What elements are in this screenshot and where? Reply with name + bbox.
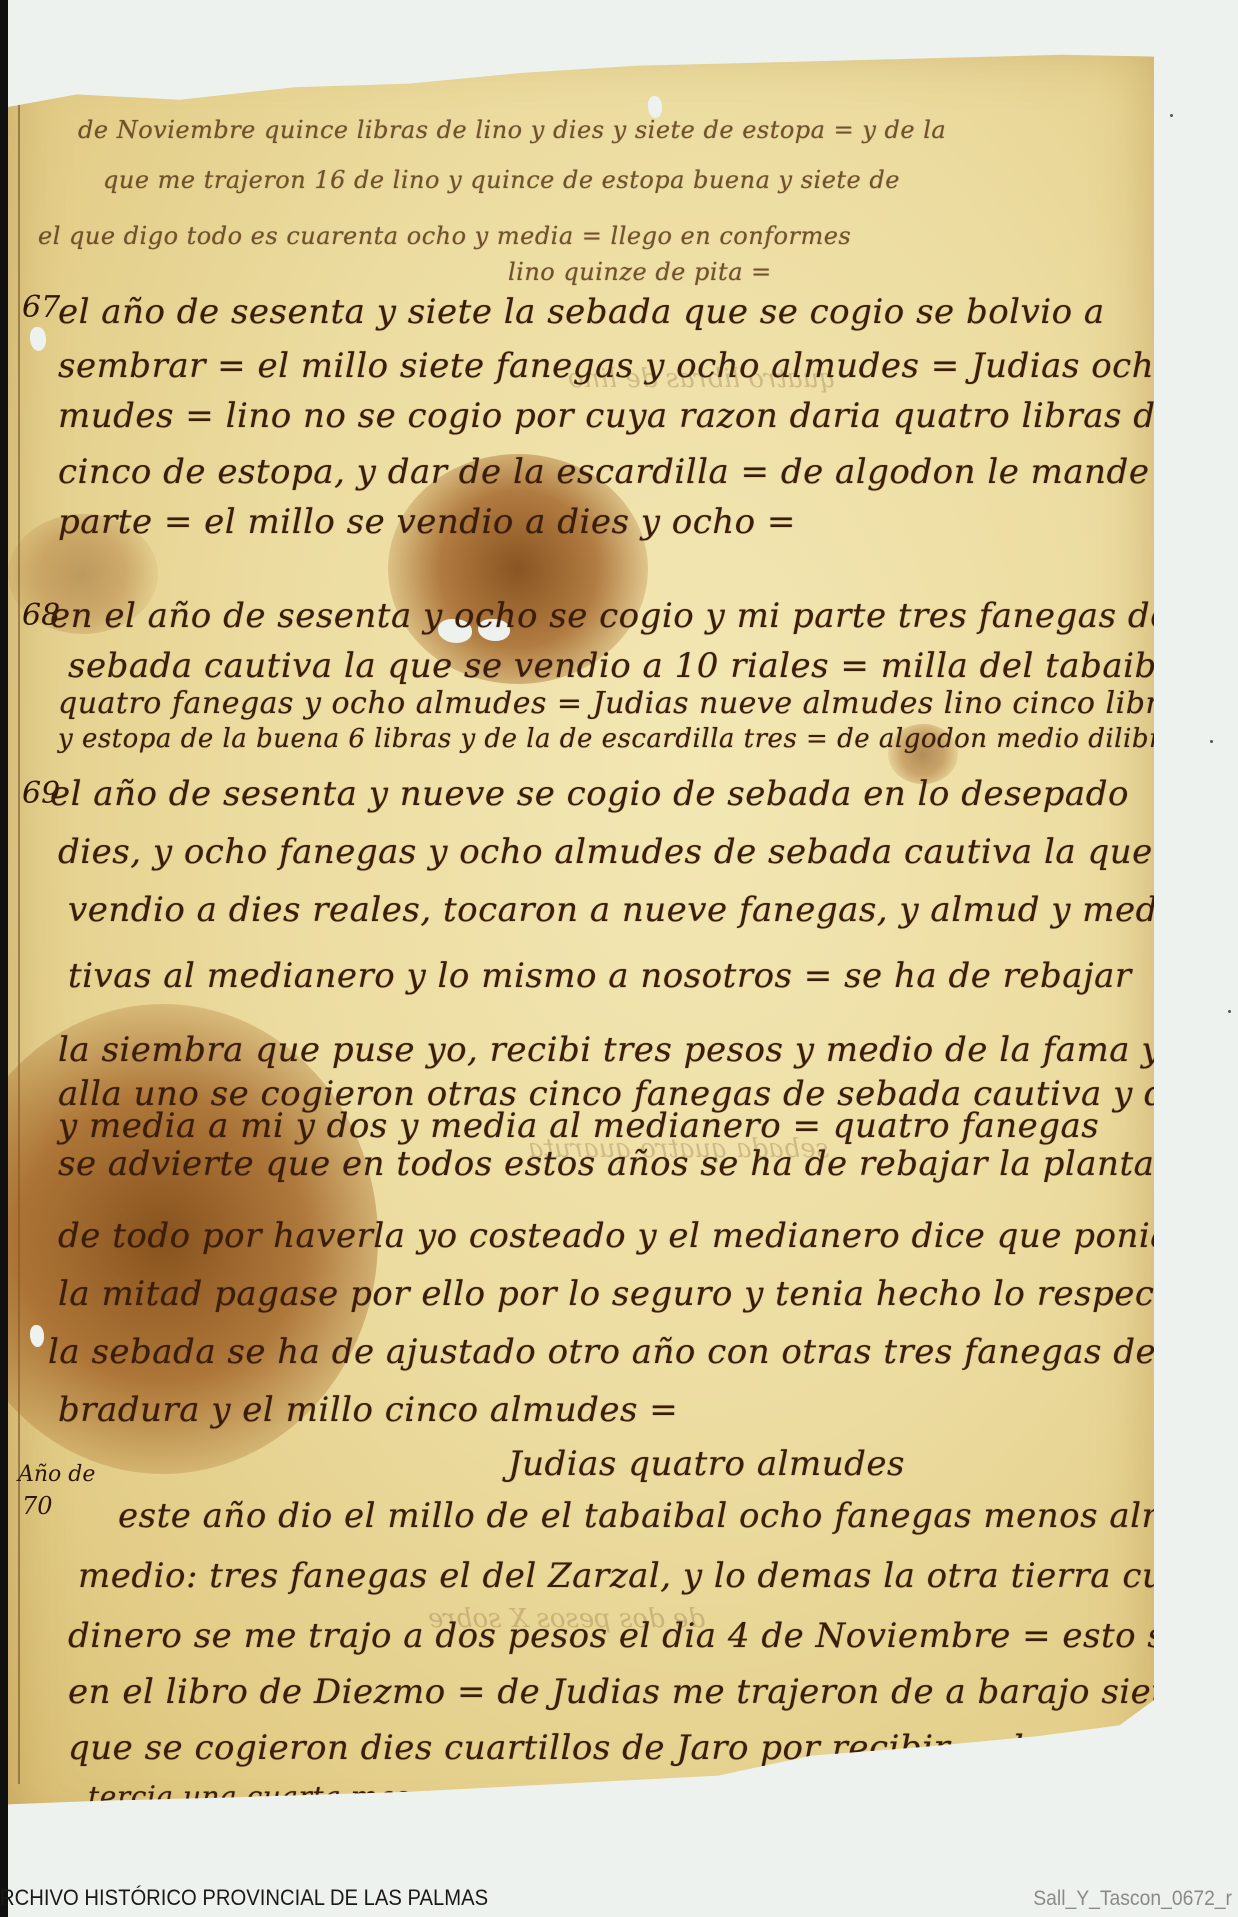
manuscript-line: lino quinze de pita = <box>508 258 772 286</box>
manuscript-line: tivas al medianero y lo mismo a nosotros… <box>68 956 1132 996</box>
manuscript-line: sebada cautiva la que se vendio a 10 ria… <box>68 646 1189 686</box>
image-code: Sall_Y_Tascon_0672_r <box>1033 1887 1232 1911</box>
manuscript-line: mudes = lino no se cogio por cuya razon … <box>58 396 1238 436</box>
paper-hole <box>30 327 46 351</box>
manuscript-line: de Noviembre quince libras de lino y die… <box>78 116 946 144</box>
manuscript-line: y media a mi y dos y media al medianero … <box>58 1106 1099 1146</box>
manuscript-line: bradura y el millo cinco almudes = <box>58 1390 678 1430</box>
margin-note-year-value: 70 <box>22 1492 53 1520</box>
manuscript-line: vendio a dies reales, tocaron a nueve fa… <box>68 890 1238 930</box>
manuscript-line: sembrar = el millo siete fanegas y ocho … <box>58 346 1231 386</box>
manuscript-line: la siembra que puse yo, recibi tres peso… <box>58 1030 1238 1070</box>
margin-rule <box>18 84 20 1784</box>
manuscript-line: tercia una cuarta mas o menos que fue un… <box>88 1780 1238 1813</box>
manuscript-line: el año de sesenta y siete la sebada que … <box>58 292 1105 332</box>
manuscript-line: dinero se me trajo a dos pesos el dia 4 … <box>68 1616 1238 1656</box>
paper-hole <box>30 1325 44 1347</box>
dust-speck <box>1170 114 1173 117</box>
dust-speck <box>1210 740 1213 743</box>
margin-note-year-label: Año de <box>18 1462 95 1487</box>
manuscript-line: Judias quatro almudes <box>508 1444 905 1484</box>
manuscript-line: el que digo todo es cuarenta ocho y medi… <box>38 222 851 250</box>
manuscript-line: que se cogieron dies cuartillos de Jaro … <box>68 1728 1238 1768</box>
manuscript-line: la sebada se ha de ajustado otro año con… <box>48 1332 1238 1372</box>
manuscript-line: el año de sesenta y nueve se cogio de se… <box>50 774 1129 814</box>
manuscript-line: y estopa de la buena 6 libras y de la de… <box>58 724 1238 754</box>
manuscript-line: que me trajeron 16 de lino y quince de e… <box>103 166 900 194</box>
archive-name: RCHIVO HISTÓRICO PROVINCIAL DE LAS PALMA… <box>0 1885 488 1911</box>
manuscript-line: se advierte que en todos estos años se h… <box>58 1144 1154 1184</box>
dust-speck <box>1228 1010 1231 1013</box>
manuscript-line: quatro fanegas y ocho almudes = Judias n… <box>58 686 1195 721</box>
manuscript-line: parte = el millo se vendio a dies y ocho… <box>58 502 796 542</box>
manuscript-line: medio: tres fanegas el del Zarzal, y lo … <box>78 1556 1205 1596</box>
manuscript-line: en el libro de Diezmo = de Judias me tra… <box>68 1672 1238 1712</box>
manuscript-line: este año dio el millo de el tabaibal och… <box>118 1496 1238 1536</box>
manuscript-line: la mitad pagase por ello por lo seguro y… <box>58 1274 1238 1314</box>
manuscript-line: de todo por haverla yo costeado y el med… <box>58 1216 1214 1256</box>
margin-year-number: 67 <box>22 290 60 325</box>
binding-edge <box>0 0 8 1917</box>
manuscript-line: dies, y ocho fanegas y ocho almudes de s… <box>58 832 1203 872</box>
manuscript-page: quatro libras de lino sebada quatro quar… <box>8 44 1154 1844</box>
manuscript-line: en el año de sesenta y ocho se cogio y m… <box>50 596 1171 636</box>
manuscript-line: cinco de estopa, y dar de la escardilla … <box>58 452 1201 492</box>
paper-hole <box>648 96 662 118</box>
